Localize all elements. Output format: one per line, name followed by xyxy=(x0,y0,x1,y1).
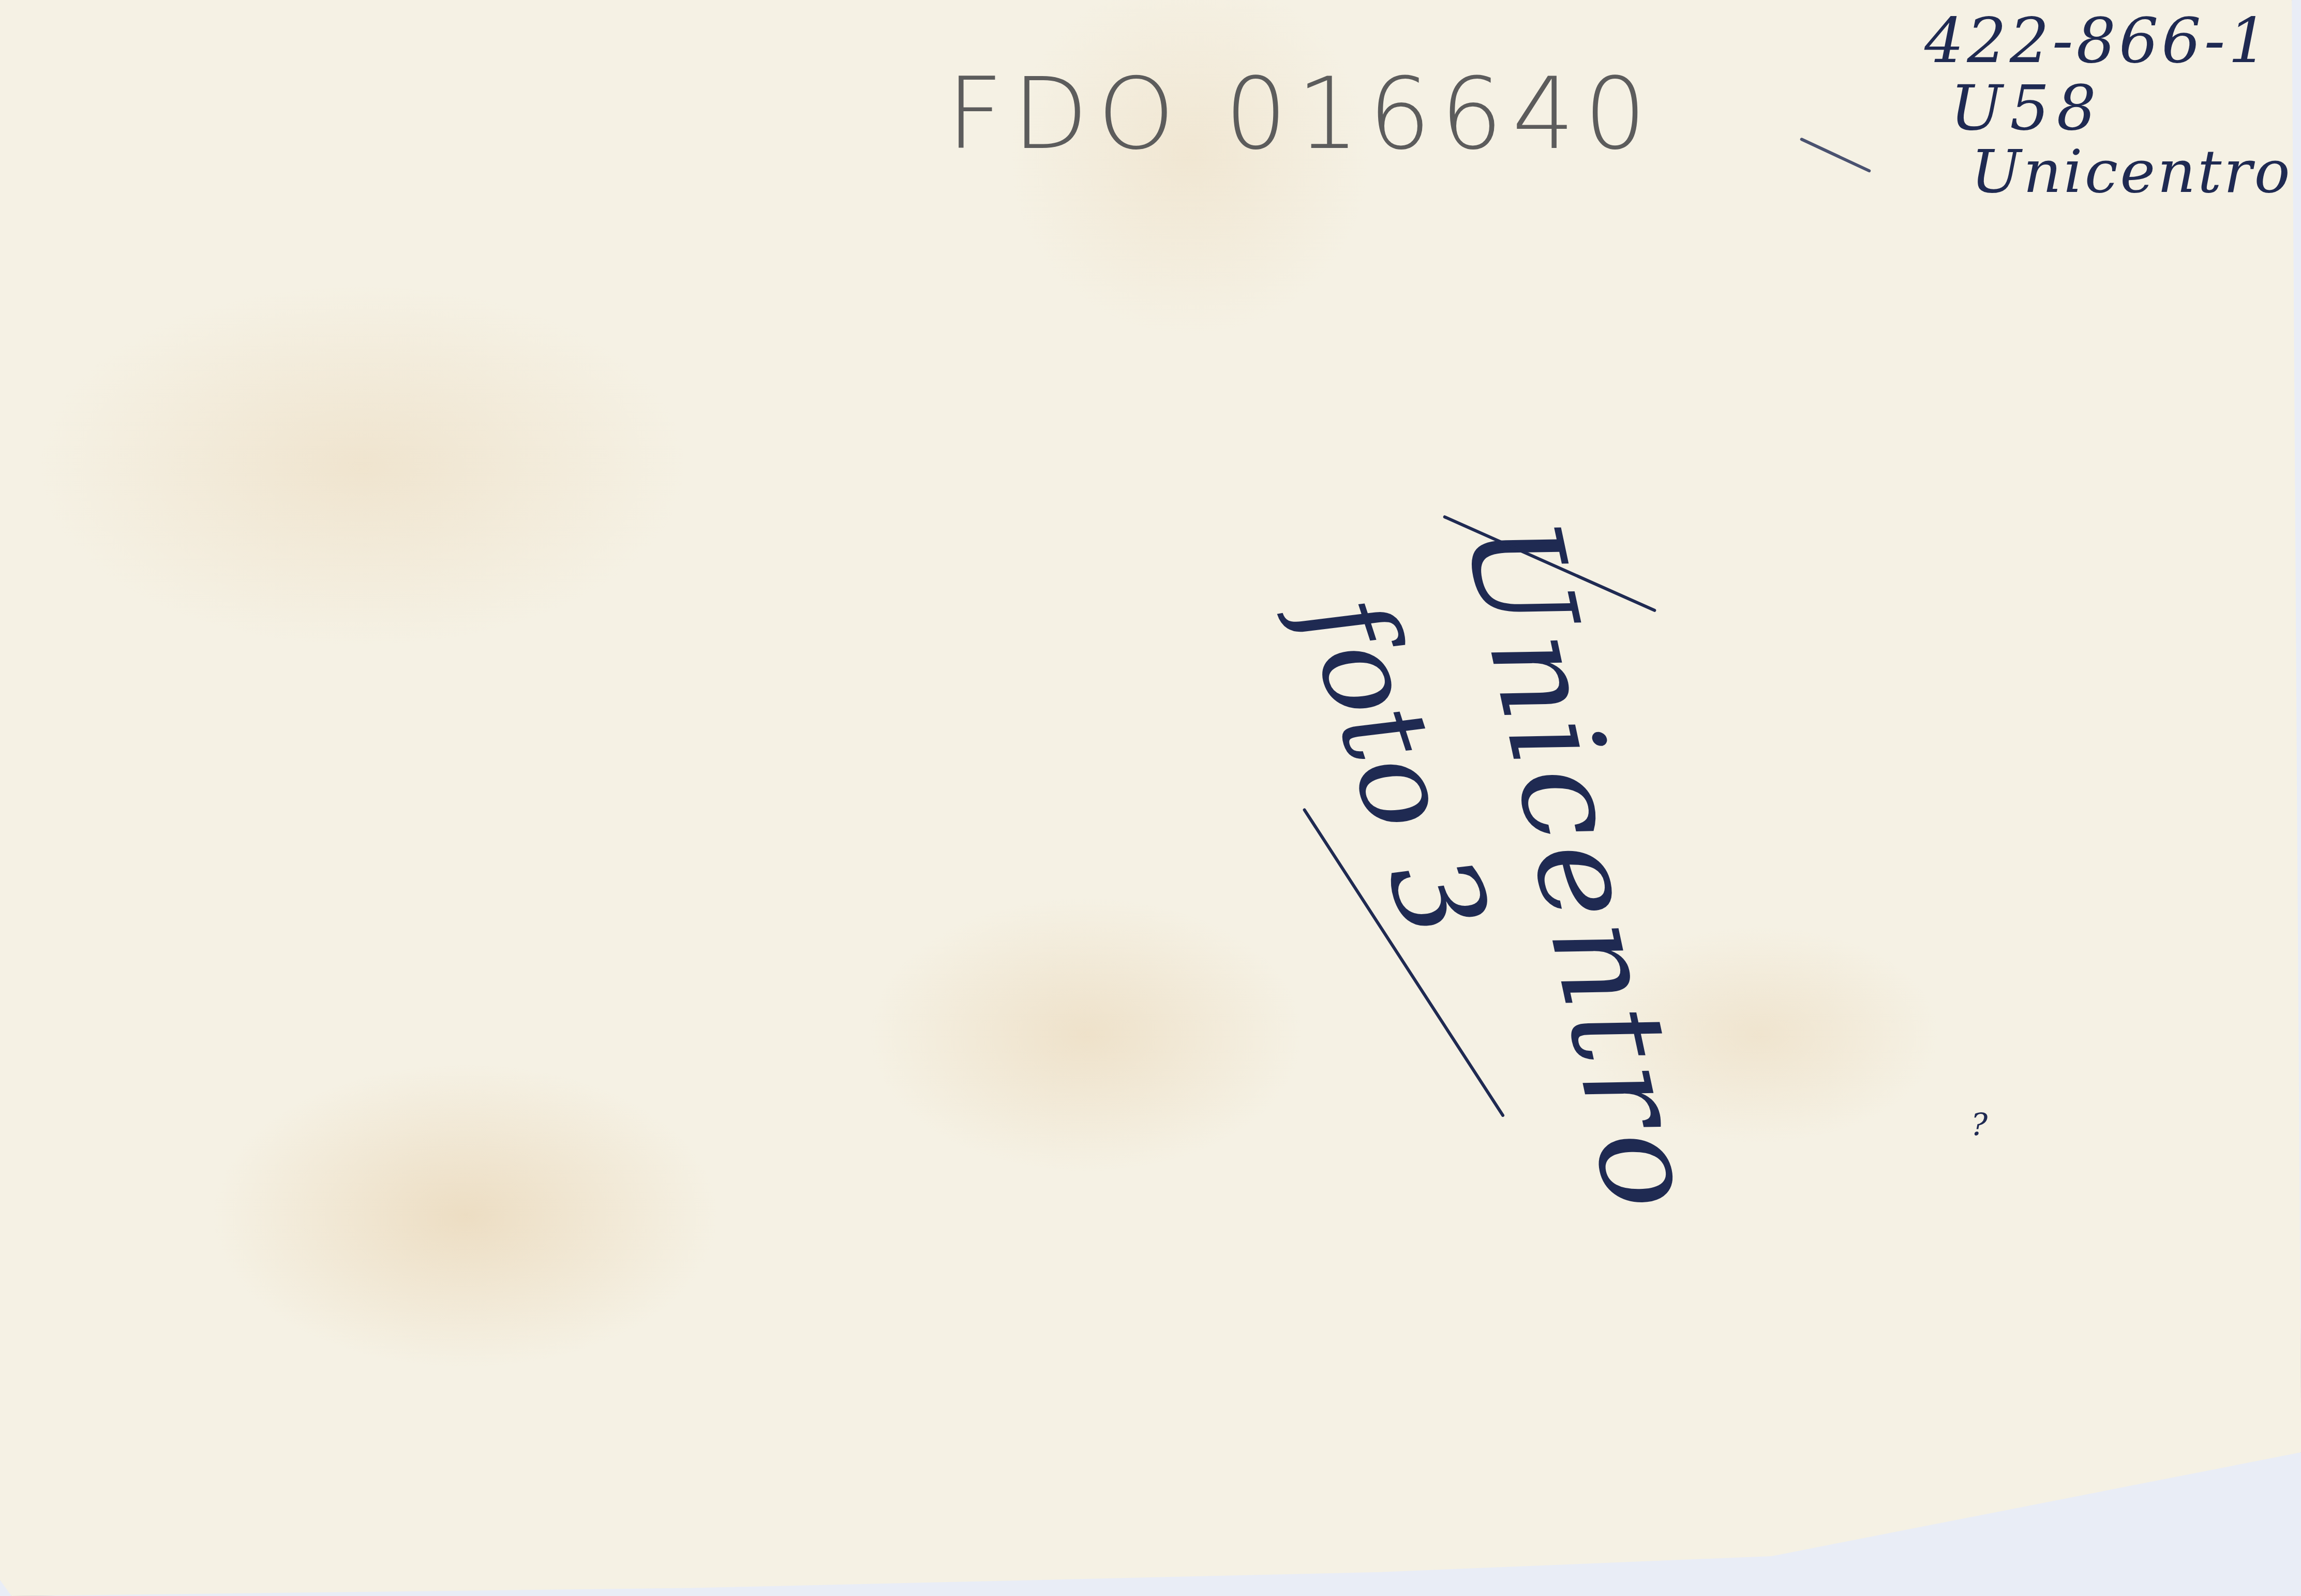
corner-note-code: 422-866-1 xyxy=(1924,5,2271,77)
corner-note-place: Unicentro xyxy=(1971,137,2292,206)
catalog-number: FDO 016640 xyxy=(947,57,1656,171)
photo-reverse-card: FDO 016640 422-866-1 U58 Unicentro Unice… xyxy=(0,0,2301,1596)
corner-note-series: U58 xyxy=(1950,72,2103,144)
pen-stroke xyxy=(1800,137,1871,173)
stray-mark: ? xyxy=(1971,1107,1988,1143)
